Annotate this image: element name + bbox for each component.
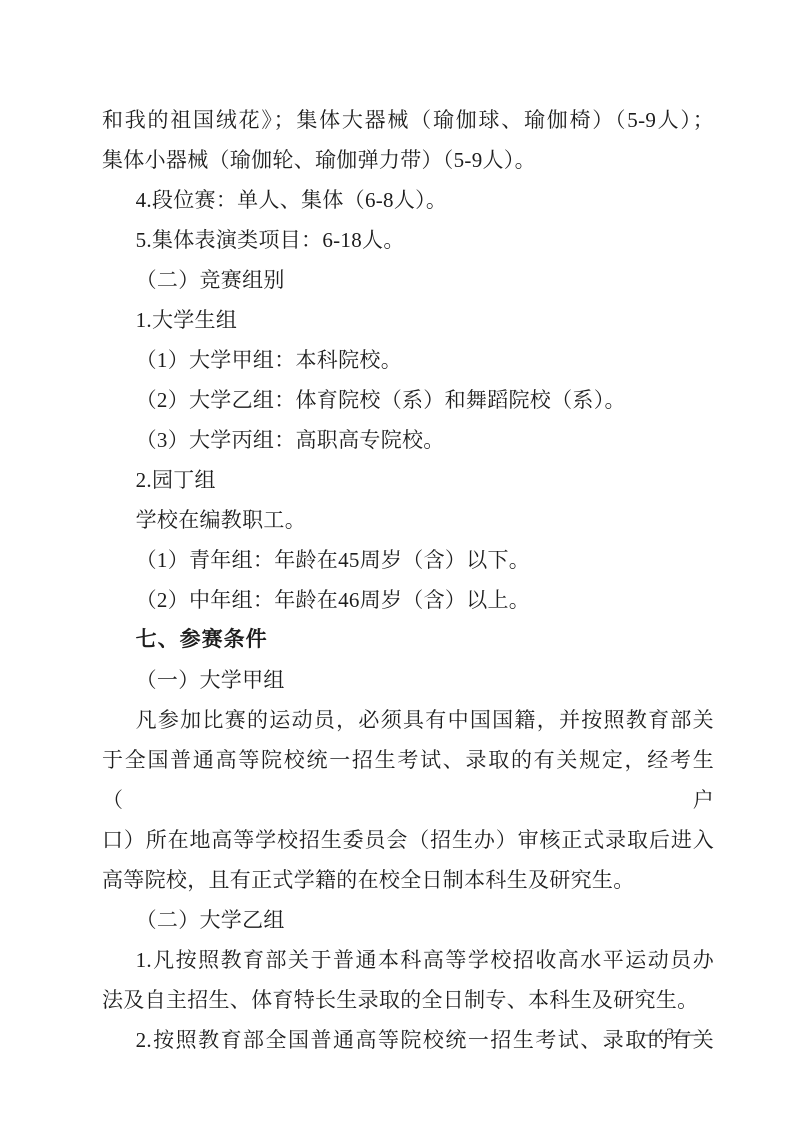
text-line: 于全国普通高等院校统一招生考试、录取的有关规定，经考生（户 [102, 740, 714, 820]
text-line: 法及自主招生、体育特长生录取的全日制专、本科生及研究生。 [102, 980, 714, 1020]
subsection-title: （二）竞赛组别 [102, 260, 714, 300]
list-item: （2）大学乙组：体育院校（系）和舞蹈院校（系）。 [102, 380, 714, 420]
list-item: （3）大学丙组：高职高专院校。 [102, 420, 714, 460]
text-line: 高等院校，且有正式学籍的在校全日制本科生及研究生。 [102, 860, 714, 900]
list-item: 5.集体表演类项目：6-18人。 [102, 220, 714, 260]
document-page: 和我的祖国绒花》；集体大器械（瑜伽球、瑜伽椅）（5-9人）； 集体小器械（瑜伽轮… [0, 0, 794, 1123]
list-item: 4.段位赛：单人、集体（6-8人）。 [102, 180, 714, 220]
text-line: 和我的祖国绒花》；集体大器械（瑜伽球、瑜伽椅）（5-9人）； [102, 100, 714, 140]
list-item: （1）青年组：年龄在45周岁（含）以下。 [102, 540, 714, 580]
text-line: 集体小器械（瑜伽轮、瑜伽弹力带）（5-9人）。 [102, 140, 714, 180]
list-item: （1）大学甲组：本科院校。 [102, 340, 714, 380]
text-line: 学校在编教职工。 [102, 500, 714, 540]
subsection-title: （二）大学乙组 [102, 900, 714, 940]
text-line: 2.按照教育部全国普通高等院校统一招生考试、录取的有关 [102, 1020, 714, 1060]
page-number: — 3 — [642, 1026, 700, 1044]
text-line: 1.凡按照教育部关于普通本科高等学校招收高水平运动员办 [102, 940, 714, 980]
section-heading: 七、参赛条件 [102, 620, 714, 660]
subsection-title: （一）大学甲组 [102, 660, 714, 700]
list-item: 1.大学生组 [102, 300, 714, 340]
list-item: （2）中年组：年龄在46周岁（含）以上。 [102, 580, 714, 620]
text-line: 口）所在地高等学校招生委员会（招生办）审核正式录取后进入 [102, 820, 714, 860]
document-body: 和我的祖国绒花》；集体大器械（瑜伽球、瑜伽椅）（5-9人）； 集体小器械（瑜伽轮… [102, 100, 714, 1060]
text-line: 凡参加比赛的运动员，必须具有中国国籍，并按照教育部关 [102, 700, 714, 740]
list-item: 2.园丁组 [102, 460, 714, 500]
